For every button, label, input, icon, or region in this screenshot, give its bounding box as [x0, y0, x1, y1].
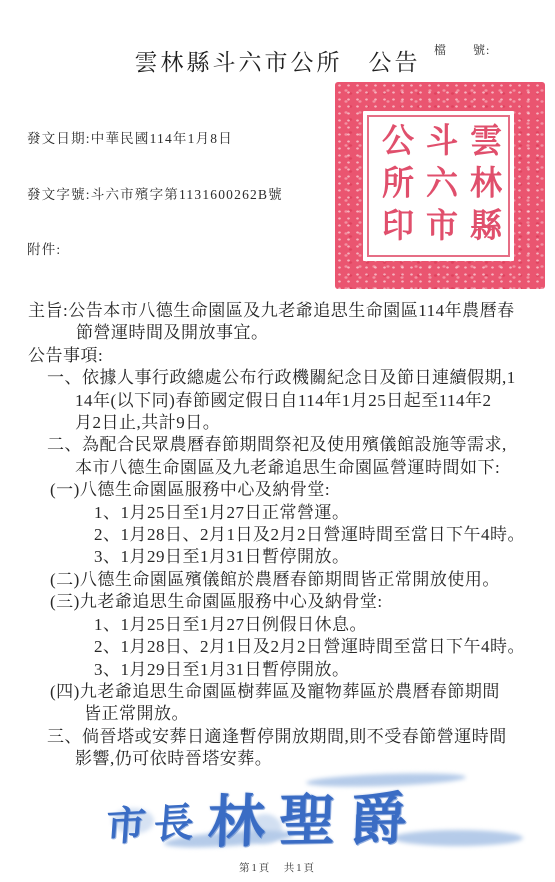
document-page: 檔 號: 保存年限: 雲林縣斗六市公所 公告 發文日期:中華民國114年1月8日… [0, 0, 555, 882]
seal-column: 雲林縣 [462, 116, 506, 255]
body-line: 主旨:公告本市八德生命園區及九老爺追思生命園區114年農曆春 [0, 300, 555, 322]
page-footer: 第1頁 共1頁 [0, 860, 555, 875]
seal-inscription: 雲林縣 斗六市 公所印 [371, 116, 506, 255]
doc-number-label: 發文字號: [27, 187, 91, 202]
body-line: 2、1月28日、2月1日及2月2日營運時間至當日下午4時。 [0, 636, 555, 658]
body-line: 本市八德生命園區及九老爺追思生命園區營運時間如下: [0, 457, 555, 479]
signature-text-row: 市長 林聖爵 [98, 774, 498, 858]
body-line: 月2日止,共計9日。 [0, 412, 555, 434]
seal-column: 公所印 [374, 116, 418, 255]
body-line: 14年(以下同)春節國定假日自114年1月25日起至114年2 [0, 390, 555, 412]
body-line: 二、為配合民眾農曆春節期間祭祀及使用殯儀館設施等需求, [0, 434, 555, 456]
doc-number-value: 斗六市殯字第1131600262B號 [91, 187, 283, 202]
body-line: 1、1月25日至1月27日例假日休息。 [0, 614, 555, 636]
body-line: 一、依據人事行政總處公布行政機關紀念日及節日連續假期,1 [0, 367, 555, 389]
page-title: 雲林縣斗六市公所 公告 [0, 44, 555, 77]
body-line: 2、1月28日、2月1日及2月2日營運時間至當日下午4時。 [0, 524, 555, 546]
official-seal-stamp: 雲林縣 斗六市 公所印 [335, 82, 545, 289]
body-line: (三)九老爺追思生命園區服務中心及納骨堂: [0, 591, 555, 613]
seal-column: 斗六市 [418, 116, 462, 255]
body-line: 影響,仍可依時晉塔安葬。 [0, 748, 555, 770]
doc-number-row: 發文字號:斗六市殯字第1131600262B號 [27, 186, 283, 205]
mayor-signature-stamp: 市長 林聖爵 [98, 774, 498, 858]
body-line: (二)八德生命園區殯儀館於農曆春節期間皆正常開放使用。 [0, 569, 555, 591]
body-line: 3、1月29日至1月31日暫停開放。 [0, 659, 555, 681]
issue-date-value: 中華民國114年1月8日 [91, 131, 233, 146]
seal-inner-face: 雲林縣 斗六市 公所印 [363, 111, 514, 261]
body-line: 公告事項: [0, 345, 555, 367]
attachment-label: 附件: [27, 242, 61, 257]
body-line: 3、1月29日至1月31日暫停開放。 [0, 546, 555, 568]
body-line: 節營運時間及開放事宜。 [0, 322, 555, 344]
issue-date-row: 發文日期:中華民國114年1月8日 [27, 130, 283, 149]
mayor-name: 林聖爵 [207, 773, 423, 859]
mayor-title: 市長 [104, 790, 204, 852]
issue-meta: 發文日期:中華民國114年1月8日 發文字號:斗六市殯字第1131600262B… [27, 93, 283, 297]
body-line: (一)八德生命園區服務中心及納骨堂: [0, 479, 555, 501]
body-line: 1、1月25日至1月27日正常營運。 [0, 502, 555, 524]
issue-date-label: 發文日期: [27, 131, 91, 146]
announcement-body: 主旨:公告本市八德生命園區及九老爺追思生命園區114年農曆春 節營運時間及開放事… [0, 300, 555, 771]
attachment-row: 附件: [27, 241, 283, 260]
body-line: 皆正常開放。 [0, 703, 555, 725]
body-line: (四)九老爺追思生命園區樹葬區及寵物葬區於農曆春節期間 [0, 681, 555, 703]
body-line: 三、倘晉塔或安葬日適逢暫停開放期間,則不受春節營運時間 [0, 726, 555, 748]
